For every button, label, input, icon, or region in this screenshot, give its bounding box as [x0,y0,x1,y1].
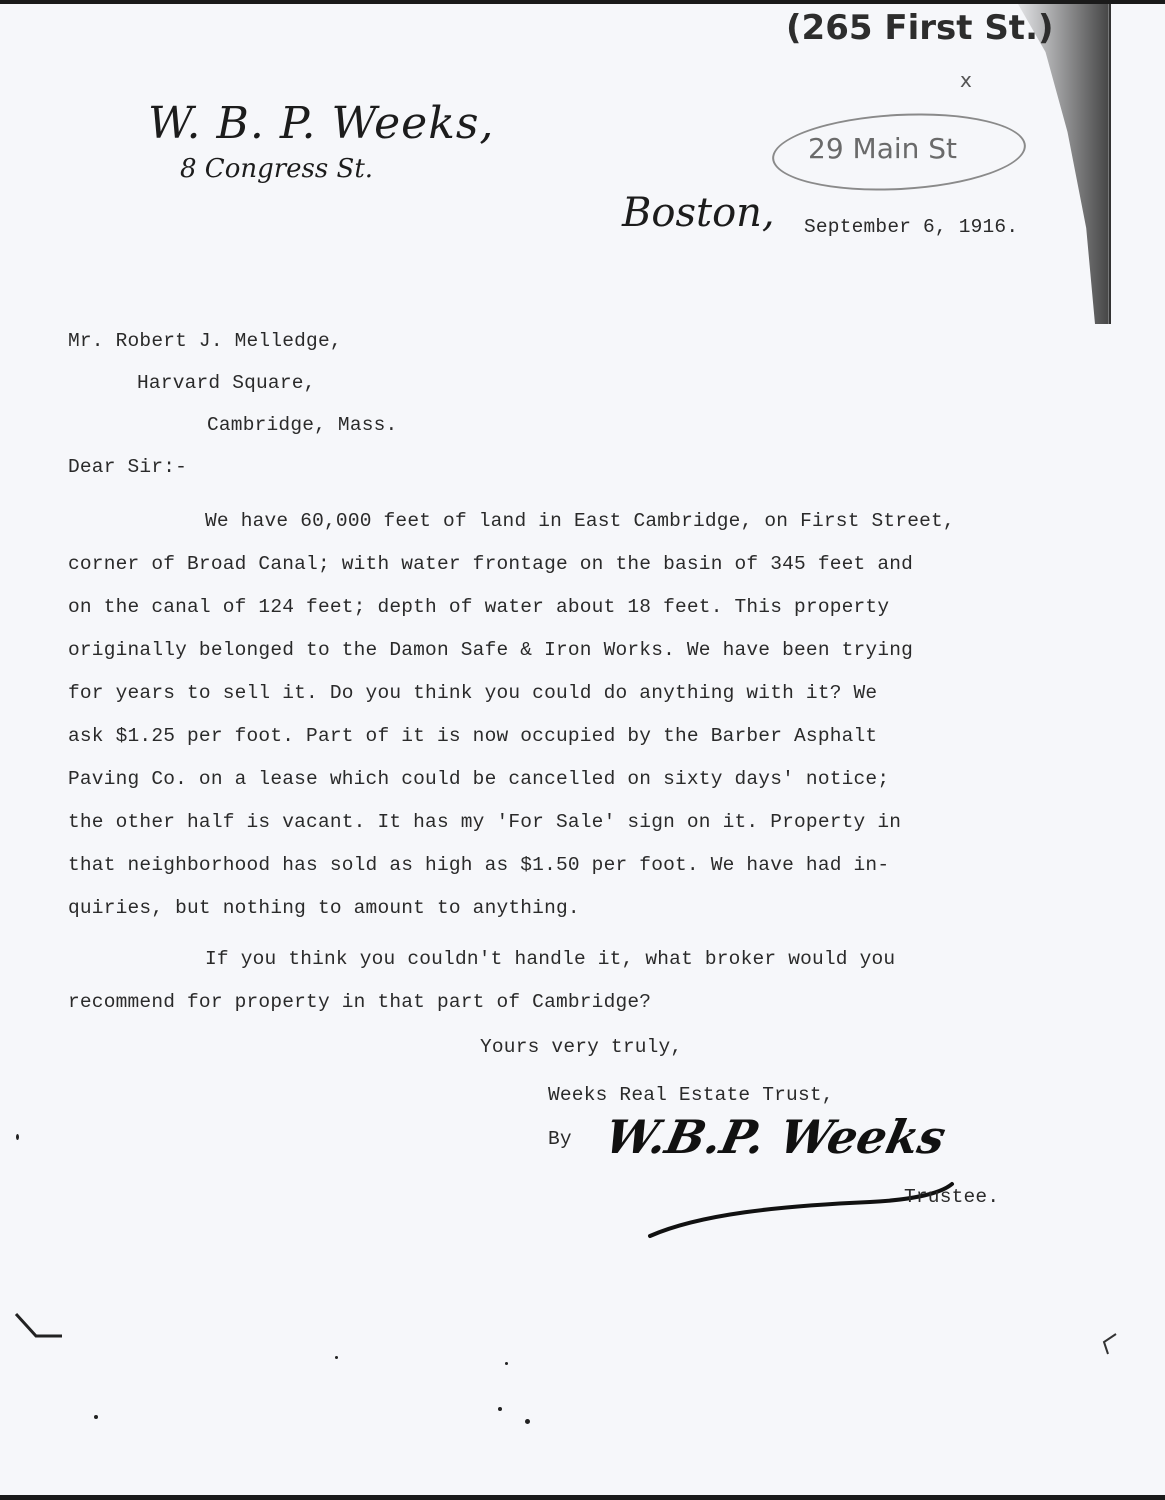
handwritten-address-note: (265 First St.) [786,8,1054,48]
body-line: Paving Co. on a lease which could be can… [68,768,889,790]
paper-edge-line [1109,4,1111,324]
body-line: for years to sell it. Do you think you c… [68,682,877,704]
margin-mark-right [1096,1330,1126,1360]
letterhead-name: W. B. P. Weeks, [148,98,494,149]
closing-title: Trustee. [904,1186,999,1208]
scan-speck [525,1419,530,1424]
salutation: Dear Sir:- [68,456,187,478]
scan-speck [505,1362,508,1365]
body-line: We have 60,000 feet of land in East Camb… [205,510,955,532]
scan-speck [94,1415,98,1419]
letter-date: September 6, 1916. [804,216,1018,238]
letterhead-city: Boston, [622,190,775,236]
body-line: corner of Broad Canal; with water fronta… [68,553,913,575]
body-line: originally belonged to the Damon Safe & … [68,639,913,661]
handwritten-x-mark: x [960,68,972,92]
body-line: that neighborhood has sold as high as $1… [68,854,889,876]
recipient-name: Mr. Robert J. Melledge, [68,330,342,352]
body-line: quiries, but nothing to amount to anythi… [68,897,580,919]
closing-by: By [548,1128,572,1150]
closing-organization: Weeks Real Estate Trust, [548,1084,834,1106]
scan-speck [16,1134,19,1140]
body-line: recommend for property in that part of C… [68,991,651,1013]
letter-page: W. B. P. Weeks, 8 Congress St. Boston, (… [0,4,1165,1495]
scan-shadow [1007,4,1117,324]
margin-mark-left [10,1284,100,1354]
handwritten-circled-note: 29 Main St [808,132,957,165]
body-line: the other half is vacant. It has my 'For… [68,811,901,833]
scan-speck [498,1407,502,1411]
recipient-city: Cambridge, Mass. [207,414,397,436]
scan-speck [335,1356,338,1359]
body-line: ask $1.25 per foot. Part of it is now oc… [68,725,877,747]
letterhead-address: 8 Congress St. [180,154,373,184]
body-line: If you think you couldn't handle it, wha… [205,948,895,970]
recipient-street: Harvard Square, [137,372,316,394]
complimentary-close: Yours very truly, [480,1036,682,1058]
body-line: on the canal of 124 feet; depth of water… [68,596,889,618]
